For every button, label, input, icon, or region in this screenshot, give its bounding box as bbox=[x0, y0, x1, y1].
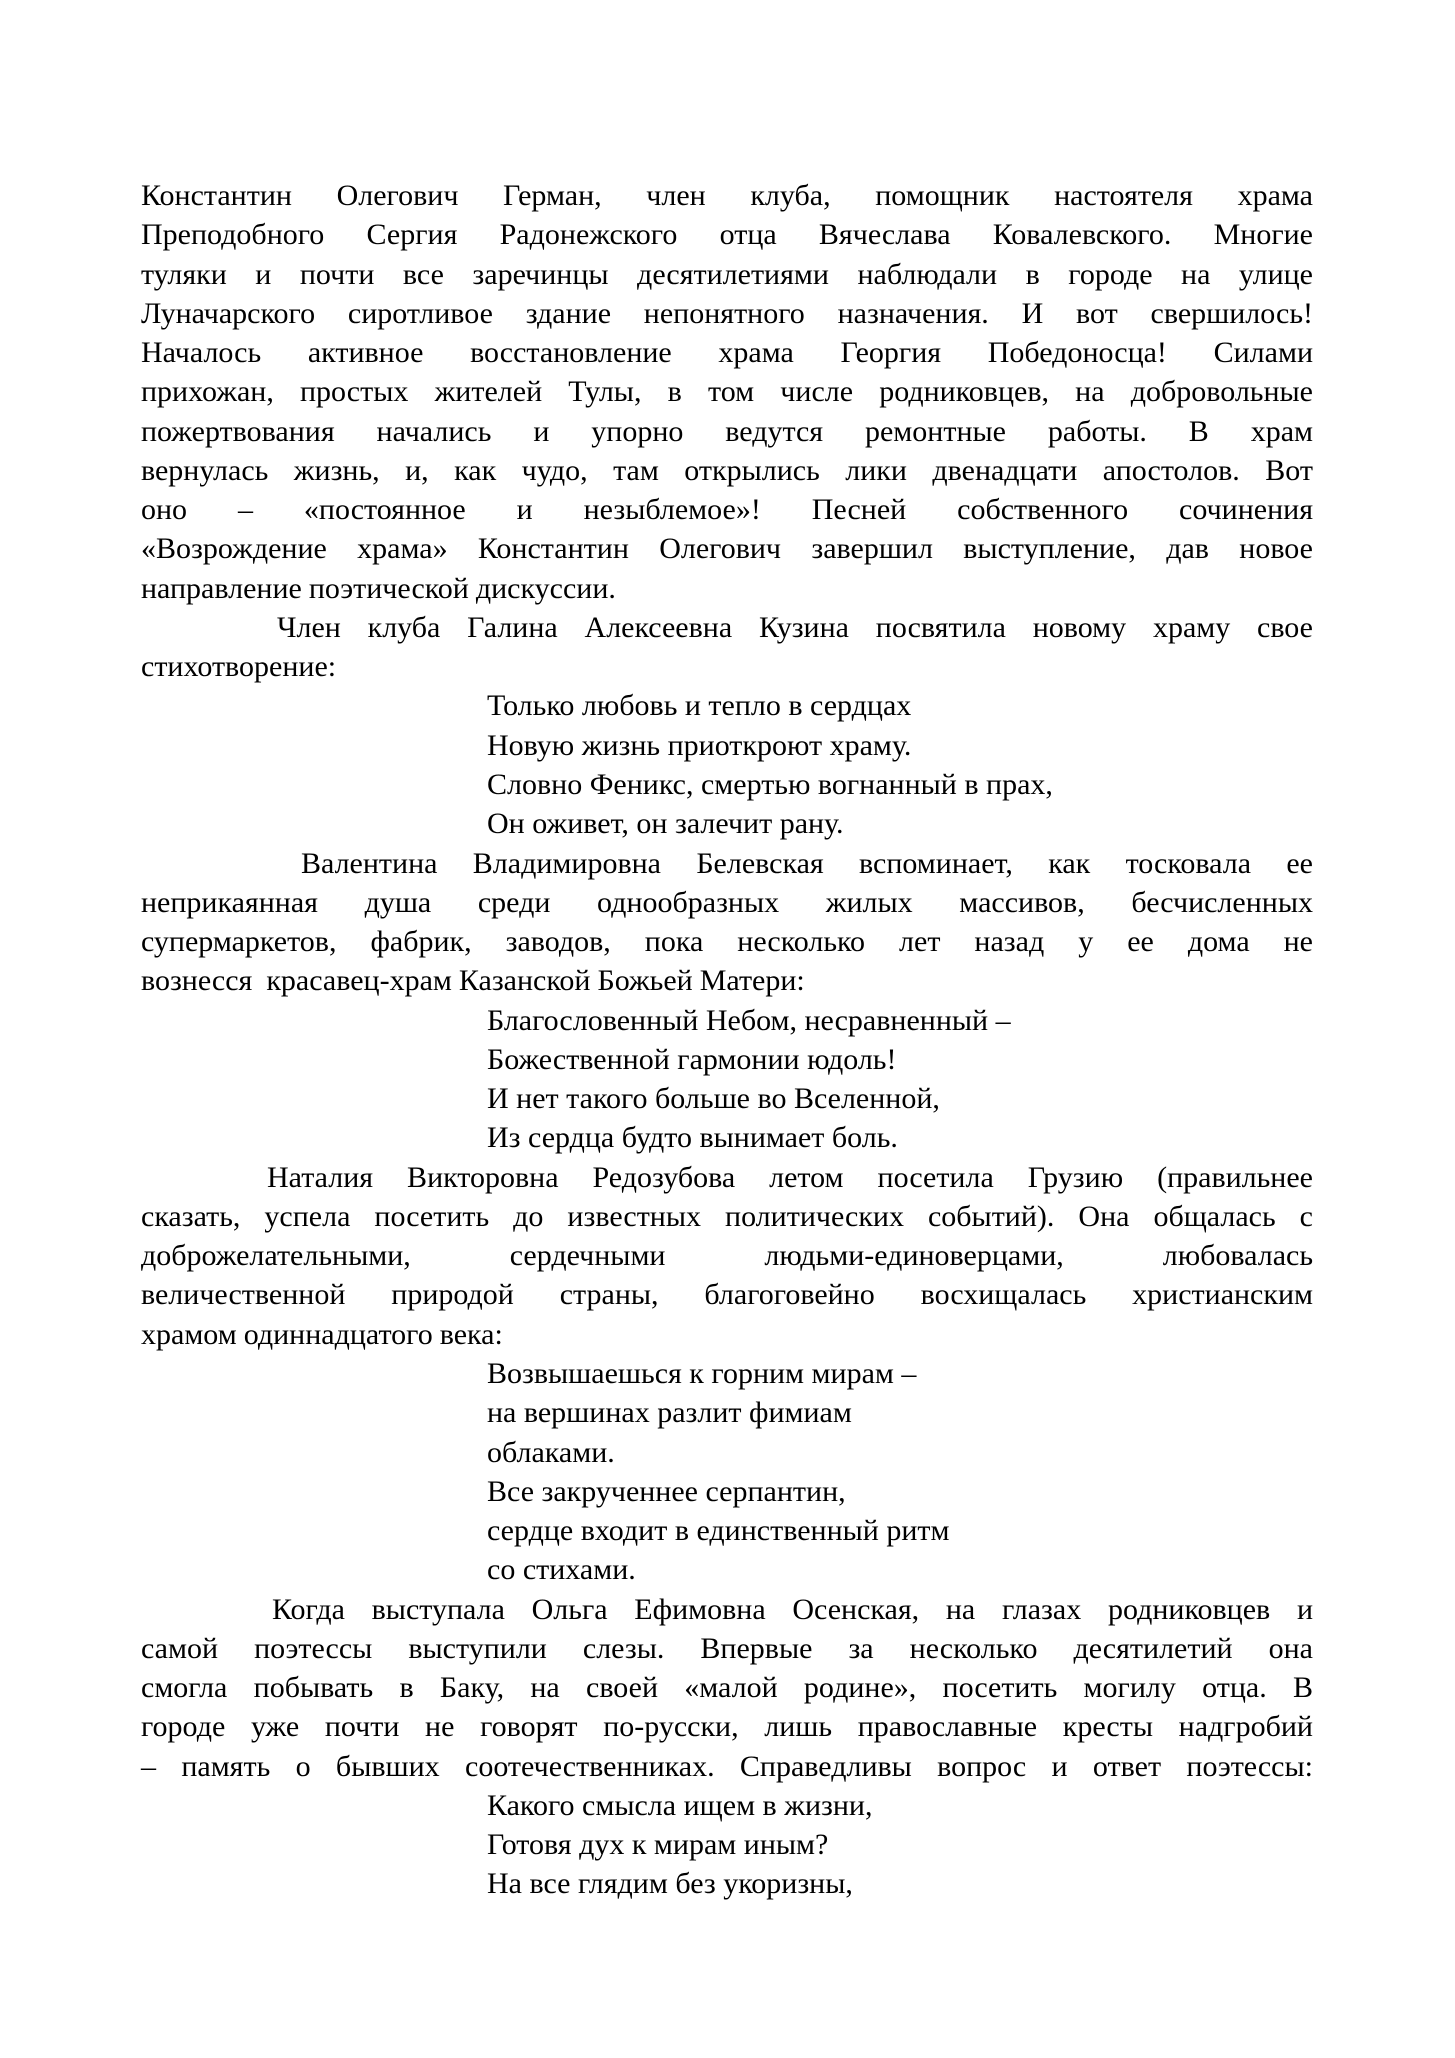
poem-line: Благословенный Небом, несравненный – bbox=[487, 1001, 1313, 1040]
text-line: пожертвования начались и упорно ведутся … bbox=[141, 412, 1313, 451]
text-line: вернулась жизнь, и, как чудо, там открыл… bbox=[141, 451, 1313, 490]
paragraph-belevskaya: Валентина Владимировна Белевская вспомин… bbox=[141, 844, 1313, 1001]
text-line: стихотворение: bbox=[141, 647, 1313, 686]
text-line: самой поэтессы выступили слезы. Впервые … bbox=[141, 1629, 1313, 1668]
text-line: Преподобного Сергия Радонежского отца Вя… bbox=[141, 215, 1313, 254]
poem-kuzina: Только любовь и тепло в сердцах Новую жи… bbox=[141, 686, 1313, 843]
text-line: прихожан, простых жителей Тулы, в том чи… bbox=[141, 372, 1313, 411]
text-line: Константин Олегович Герман, член клуба, … bbox=[141, 176, 1313, 215]
poem-osenskaya: Какого смысла ищем в жизни, Готовя дух к… bbox=[141, 1786, 1313, 1904]
text-line: направление поэтической дискуссии. bbox=[141, 569, 1313, 608]
poem-line: На все глядим без укоризны, bbox=[487, 1864, 1313, 1903]
text-line: неприкаянная душа среди однообразных жил… bbox=[141, 883, 1313, 922]
text-line: оно – «постоянное и незыблемое»! Песней … bbox=[141, 490, 1313, 529]
text-line: Валентина Владимировна Белевская вспомин… bbox=[141, 844, 1313, 883]
paragraph-redozubova: Наталия Викторовна Редозубова летом посе… bbox=[141, 1158, 1313, 1354]
poem-line: Божественной гармонии юдоль! bbox=[487, 1040, 1313, 1079]
poem-line: Из сердца будто вынимает боль. bbox=[487, 1118, 1313, 1157]
paragraph-osenskaya: Когда выступала Ольга Ефимовна Осенская,… bbox=[141, 1590, 1313, 1786]
poem-line: Возвышаешься к горним мирам – bbox=[487, 1354, 1313, 1393]
poem-line: на вершинах разлит фимиам bbox=[487, 1393, 1313, 1432]
text-line: городе уже почти не говорят по-русски, л… bbox=[141, 1707, 1313, 1746]
text-line: сказать, успела посетить до известных по… bbox=[141, 1197, 1313, 1236]
poem-line: сердце входит в единственный ритм bbox=[487, 1511, 1313, 1550]
text-line: храмом одиннадцатого века: bbox=[141, 1315, 1313, 1354]
poem-line: облаками. bbox=[487, 1433, 1313, 1472]
poem-belevskaya: Благословенный Небом, несравненный – Бож… bbox=[141, 1001, 1313, 1158]
text-line: вознесся красавец-храм Казанской Божьей … bbox=[141, 961, 1313, 1000]
poem-line: Какого смысла ищем в жизни, bbox=[487, 1786, 1313, 1825]
text-line: Член клуба Галина Алексеевна Кузина посв… bbox=[141, 608, 1313, 647]
paragraph-kuzina: Член клуба Галина Алексеевна Кузина посв… bbox=[141, 608, 1313, 687]
poem-line: Словно Феникс, смертью вогнанный в прах, bbox=[487, 765, 1313, 804]
text-line: «Возрождение храма» Константин Олегович … bbox=[141, 529, 1313, 568]
text-line: Когда выступала Ольга Ефимовна Осенская,… bbox=[141, 1590, 1313, 1629]
poem-line: со стихами. bbox=[487, 1550, 1313, 1589]
poem-line: Он оживет, он залечит рану. bbox=[487, 804, 1313, 843]
poem-line: Все закрученнее серпантин, bbox=[487, 1472, 1313, 1511]
text-line: Луначарского сиротливое здание непонятно… bbox=[141, 294, 1313, 333]
poem-line: Готовя дух к мирам иным? bbox=[487, 1825, 1313, 1864]
text-line: смогла побывать в Баку, на своей «малой … bbox=[141, 1668, 1313, 1707]
poem-redozubova: Возвышаешься к горним мирам – на вершина… bbox=[141, 1354, 1313, 1590]
text-line: Началось активное восстановление храма Г… bbox=[141, 333, 1313, 372]
paragraph-german: Константин Олегович Герман, член клуба, … bbox=[141, 176, 1313, 608]
text-line: супермаркетов, фабрик, заводов, пока нес… bbox=[141, 922, 1313, 961]
text-line: туляки и почти все заречинцы десятилетия… bbox=[141, 255, 1313, 294]
document-page: Константин Олегович Герман, член клуба, … bbox=[141, 176, 1313, 1904]
text-line: Наталия Викторовна Редозубова летом посе… bbox=[141, 1158, 1313, 1197]
poem-line: Новую жизнь приоткроют храму. bbox=[487, 726, 1313, 765]
poem-line: Только любовь и тепло в сердцах bbox=[487, 686, 1313, 725]
text-line: – память о бывших соотечественниках. Спр… bbox=[141, 1747, 1313, 1786]
text-line: величественной природой страны, благогов… bbox=[141, 1275, 1313, 1314]
poem-line: И нет такого больше во Вселенной, bbox=[487, 1079, 1313, 1118]
text-line: доброжелательными, сердечными людьми-еди… bbox=[141, 1236, 1313, 1275]
